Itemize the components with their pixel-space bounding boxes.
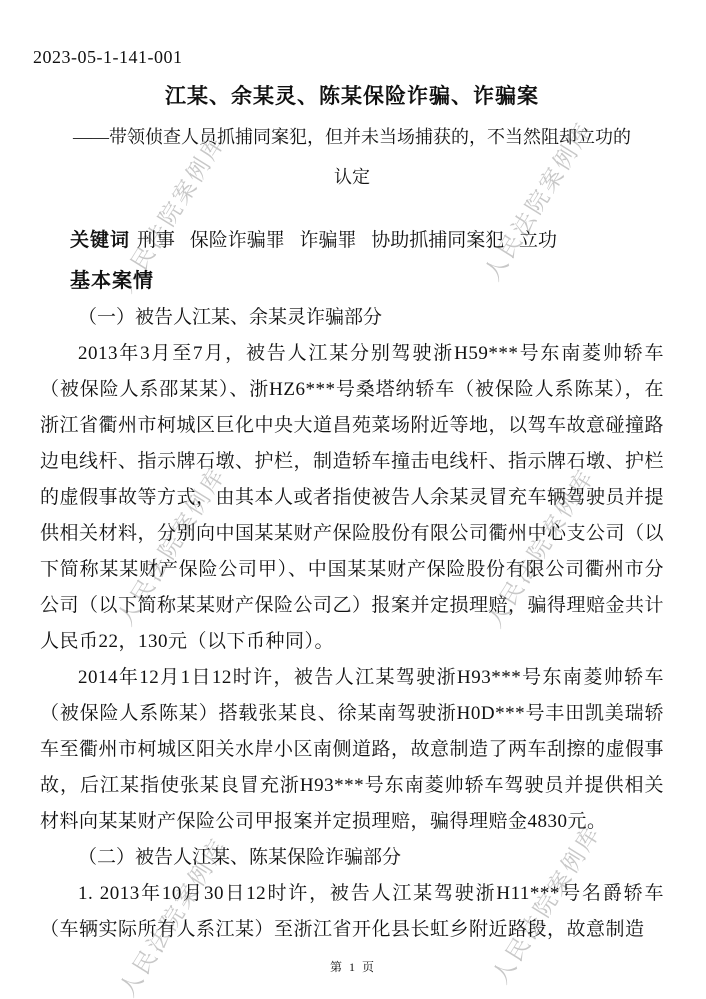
document-page: 人民法院案例库 人民法院案例库 人民法院案例库 人民法院案例库 人民法院案例库 … bbox=[0, 0, 706, 999]
keywords-label: 关键词 bbox=[70, 230, 130, 251]
case-subtitle: ——带领侦查人员抓捕同案犯，但并未当场捕获的，不当然阻却立功的 认定 bbox=[40, 117, 664, 197]
subtitle-line-1: ——带领侦查人员抓捕同案犯，但并未当场捕获的，不当然阻却立功的 bbox=[40, 117, 664, 157]
case-title: 江某、余某灵、陈某保险诈骗、诈骗案 bbox=[40, 83, 664, 109]
part2-paragraph-1: 1. 2013年10月30日12时许，被告人江某驾驶浙H11***号名爵轿车（车… bbox=[40, 876, 664, 948]
document-content: 2023-05-1-141-001 江某、余某灵、陈某保险诈骗、诈骗案 ——带领… bbox=[0, 0, 706, 999]
keywords-terms: 刑事 保险诈骗罪 诈骗罪 协助抓捕同案犯 立功 bbox=[137, 230, 557, 251]
subtitle-line-2: 认定 bbox=[40, 157, 664, 197]
part1-paragraph-1: 2013年3月至7月，被告人江某分别驾驶浙H59***号东南菱帅轿车（被保险人系… bbox=[40, 336, 664, 660]
part1-paragraph-2: 2014年12月1日12时许，被告人江某驾驶浙H93***号东南菱帅轿车（被保险… bbox=[40, 660, 664, 840]
part1-heading: （一）被告人江某、余某灵诈骗部分 bbox=[40, 300, 664, 336]
page-number: 第 1 页 bbox=[0, 958, 706, 975]
section-heading-basic-facts: 基本案情 bbox=[40, 262, 664, 300]
keywords-line: 关键词刑事 保险诈骗罪 诈骗罪 协助抓捕同案犯 立功 bbox=[40, 223, 664, 259]
part2-heading: （二）被告人江某、陈某保险诈骗部分 bbox=[40, 840, 664, 876]
document-number: 2023-05-1-141-001 bbox=[33, 46, 664, 68]
